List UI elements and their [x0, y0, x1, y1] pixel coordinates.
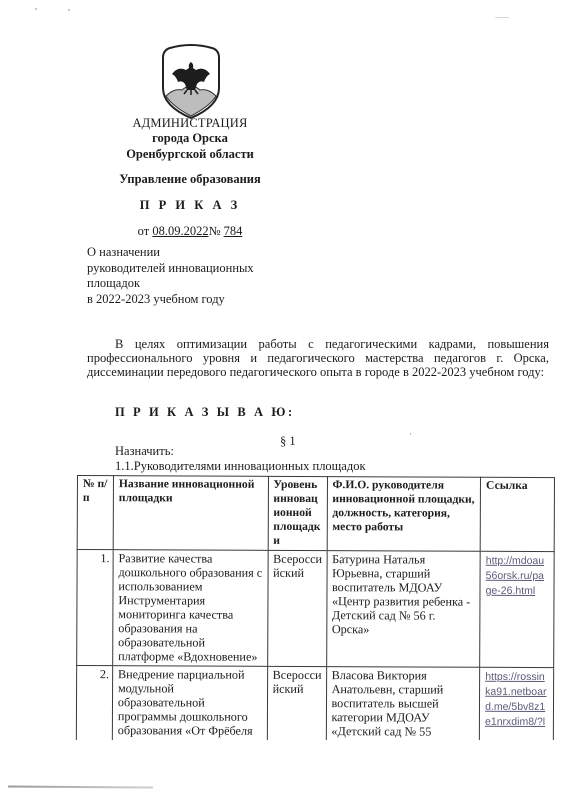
document-type: П Р И К А З	[90, 198, 290, 213]
assign-label: Назначить:	[115, 444, 174, 459]
preamble-paragraph: В целях оптимизации работы с педагогичес…	[87, 337, 549, 379]
row-person: Батурина Наталья Юрьевна, старший воспит…	[326, 551, 480, 668]
region-name: Оренбургской области	[90, 147, 290, 162]
section-number: § 1	[280, 434, 296, 449]
subject-line: в 2022-2023 учебном году	[87, 292, 254, 308]
number-sign: №	[209, 224, 224, 238]
row-name: Развитие качества дошкольного образовани…	[113, 550, 268, 667]
organization-name: АДМИНИСТРАЦИЯ	[90, 116, 290, 131]
header-name: Название инновационной площадки	[113, 476, 268, 551]
order-date: 08.09.2022	[152, 224, 208, 238]
date-prefix: от	[138, 224, 153, 238]
header-num: № п/п	[77, 476, 113, 550]
city-coat-of-arms-icon	[160, 44, 222, 120]
decree-heading: П Р И К А З Ы В А Ю:	[115, 405, 295, 420]
subclause-title: 1.1.Руководителями инновационных площадо…	[115, 459, 366, 474]
scan-speck	[35, 8, 37, 10]
header-link: Ссылка	[480, 477, 554, 551]
header-level: Уровень инновац ионной площадк и	[268, 476, 327, 550]
row-link[interactable]: https://rossinka91.netboard.me/5bv8z1e1n…	[485, 671, 546, 728]
city-name: города Орска	[90, 131, 290, 146]
subject-line: руководителей инновационных	[87, 261, 254, 277]
innovation-leaders-table: № п/п Название инновационной площадки Ур…	[76, 475, 555, 784]
scan-speck	[495, 17, 509, 18]
row-link[interactable]: http://mdoau56orsk.ru/page-26.html	[486, 555, 545, 597]
table-header-row: № п/п Название инновационной площадки Ур…	[77, 476, 554, 552]
header-person: Ф.И.О. руководителя инновационной площад…	[327, 477, 481, 552]
table-row: 1. Развитие качества дошкольного образов…	[77, 550, 555, 668]
order-subject: О назначении руководителей инновационных…	[87, 245, 254, 307]
scan-speck	[68, 9, 70, 11]
scan-speck	[410, 433, 411, 435]
department-name: Управление образования	[90, 172, 290, 187]
row-num: 1.	[77, 550, 113, 666]
subject-line: площадок	[87, 276, 254, 292]
order-date-line: от 08.09.2022№ 784	[90, 224, 290, 239]
subject-line: О назначении	[87, 245, 254, 261]
page-cutoff	[0, 740, 566, 800]
row-level: Всеросси йский	[267, 550, 326, 666]
order-number: 784	[224, 224, 243, 238]
